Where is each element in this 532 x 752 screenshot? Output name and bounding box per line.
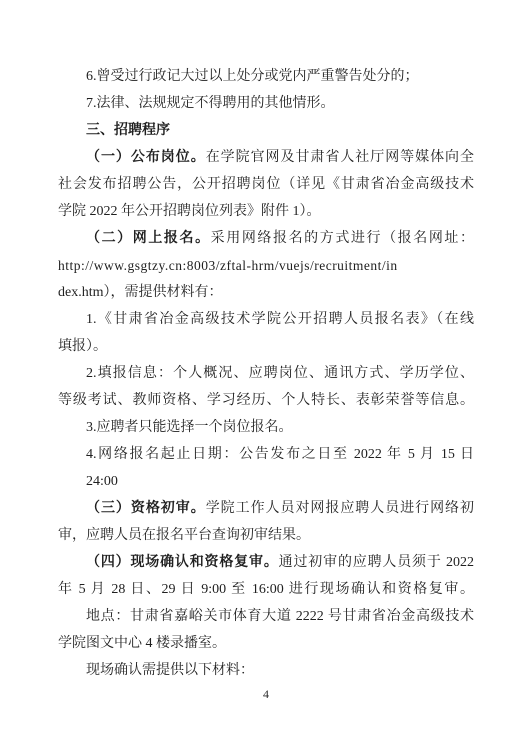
doc-line-material3: 3.应聘者只能选择一个岗位报名。 (58, 414, 474, 441)
line-text: 3.应聘者只能选择一个岗位报名。 (86, 420, 293, 435)
section-heading-line: 三、招聘程序 (58, 117, 474, 144)
line-text: 等级考试、教师资格、学习经历、个人特长、表彰荣誉等信息。 (58, 393, 474, 408)
line-text: 6.曾受过行政记大过以上处分或党内严重警告处分的； (86, 69, 419, 84)
doc-line-material4: 4.网络报名起止日期：公告发布之日至 2022 年 5 月 15 日 (58, 441, 474, 468)
doc-line-materials-intro: 现场确认需提供以下材料： (58, 657, 474, 684)
subsection-lead: （三）资格初审。 (86, 501, 206, 516)
doc-line-material2: 2.填报信息：个人概况、应聘岗位、通讯方式、学历学位、 (58, 360, 474, 387)
url-line-continuation: dex.htm），需提供材料有： (58, 279, 474, 306)
doc-line-online-signup: （二）网上报名。采用网络报名的方式进行（报名网址： (58, 225, 474, 252)
line-text: dex.htm），需提供材料有： (58, 285, 223, 300)
line-text: 社会发布招聘公告，公开招聘岗位（详见《甘肃省冶金高级技术 (58, 177, 474, 192)
line-text: 学院工作人员对网报应聘人员进行网络初 (206, 501, 474, 516)
line-text: 7.法律、法规规定不得聘用的其他情形。 (86, 96, 335, 111)
doc-line-publish-posts: （一）公布岗位。在学院官网及甘肃省人社厅网等媒体向全 (58, 144, 474, 171)
line-text: 审，应聘人员在报名平台查询初审结果。 (58, 528, 310, 543)
doc-line-deadline-time: 24:00 (58, 468, 474, 495)
doc-line-initial-review: （三）资格初审。学院工作人员对网报应聘人员进行网络初 (58, 495, 474, 522)
line-text: 4.网络报名起止日期：公告发布之日至 2022 年 5 月 15 日 (86, 447, 474, 462)
doc-line: 等级考试、教师资格、学习经历、个人特长、表彰荣誉等信息。 (58, 387, 474, 414)
doc-line-item6: 6.曾受过行政记大过以上处分或党内严重警告处分的； (58, 63, 474, 90)
section-heading: 三、招聘程序 (86, 123, 170, 138)
doc-line: 年 5 月 28 日、29 日 9:00 至 16:00 进行现场确认和资格复审… (58, 576, 474, 603)
line-text: 地点：甘肃省嘉峪关市体育大道 2222 号甘肃省冶金高级技术 (86, 609, 474, 624)
doc-line: 审，应聘人员在报名平台查询初审结果。 (58, 522, 474, 549)
line-text: 在学院官网及甘肃省人社厅网等媒体向全 (206, 150, 474, 165)
line-text: 年 5 月 28 日、29 日 9:00 至 16:00 进行现场确认和资格复审… (58, 582, 474, 597)
doc-line: 填报）。 (58, 333, 474, 360)
line-text: 填报）。 (58, 339, 107, 354)
doc-line: 学院 2022 年公开招聘岗位列表》附件 1）。 (58, 198, 474, 225)
line-text: 1.《甘肃省冶金高级技术学院公开招聘人员报名表》（在线 (86, 312, 474, 327)
subsection-lead: （一）公布岗位。 (86, 150, 206, 165)
doc-line-item7: 7.法律、法规规定不得聘用的其他情形。 (58, 90, 474, 117)
doc-line-onsite-confirm: （四）现场确认和资格复审。通过初审的应聘人员须于 2022 (58, 549, 474, 576)
subsection-lead: （四）现场确认和资格复审。 (86, 555, 279, 570)
line-text: 学院 2022 年公开招聘岗位列表》附件 1）。 (58, 204, 321, 219)
url-line: http://www.gsgtzy.cn:8003/zftal-hrm/vuej… (58, 252, 474, 279)
doc-line: 学院图文中心 4 楼录播室。 (58, 630, 474, 657)
line-text: 24:00 (86, 474, 118, 489)
doc-line: 社会发布招聘公告，公开招聘岗位（详见《甘肃省冶金高级技术 (58, 171, 474, 198)
doc-line-address: 地点：甘肃省嘉峪关市体育大道 2222 号甘肃省冶金高级技术 (58, 603, 474, 630)
page-number: 4 (58, 684, 474, 704)
line-text: 采用网络报名的方式进行（报名网址： (211, 231, 474, 246)
doc-line-material1: 1.《甘肃省冶金高级技术学院公开招聘人员报名表》（在线 (58, 306, 474, 333)
document-page: 6.曾受过行政记大过以上处分或党内严重警告处分的； 7.法律、法规规定不得聘用的… (0, 0, 532, 752)
line-text: 现场确认需提供以下材料： (86, 663, 254, 678)
document-body: 6.曾受过行政记大过以上处分或党内严重警告处分的； 7.法律、法规规定不得聘用的… (58, 63, 474, 684)
line-text: 学院图文中心 4 楼录播室。 (58, 636, 226, 651)
line-text: 2.填报信息：个人概况、应聘岗位、通讯方式、学历学位、 (86, 366, 474, 381)
registration-url-text: http://www.gsgtzy.cn:8003/zftal-hrm/vuej… (58, 258, 398, 273)
line-text: 通过初审的应聘人员须于 2022 (279, 555, 474, 570)
subsection-lead: （二）网上报名。 (86, 231, 211, 246)
